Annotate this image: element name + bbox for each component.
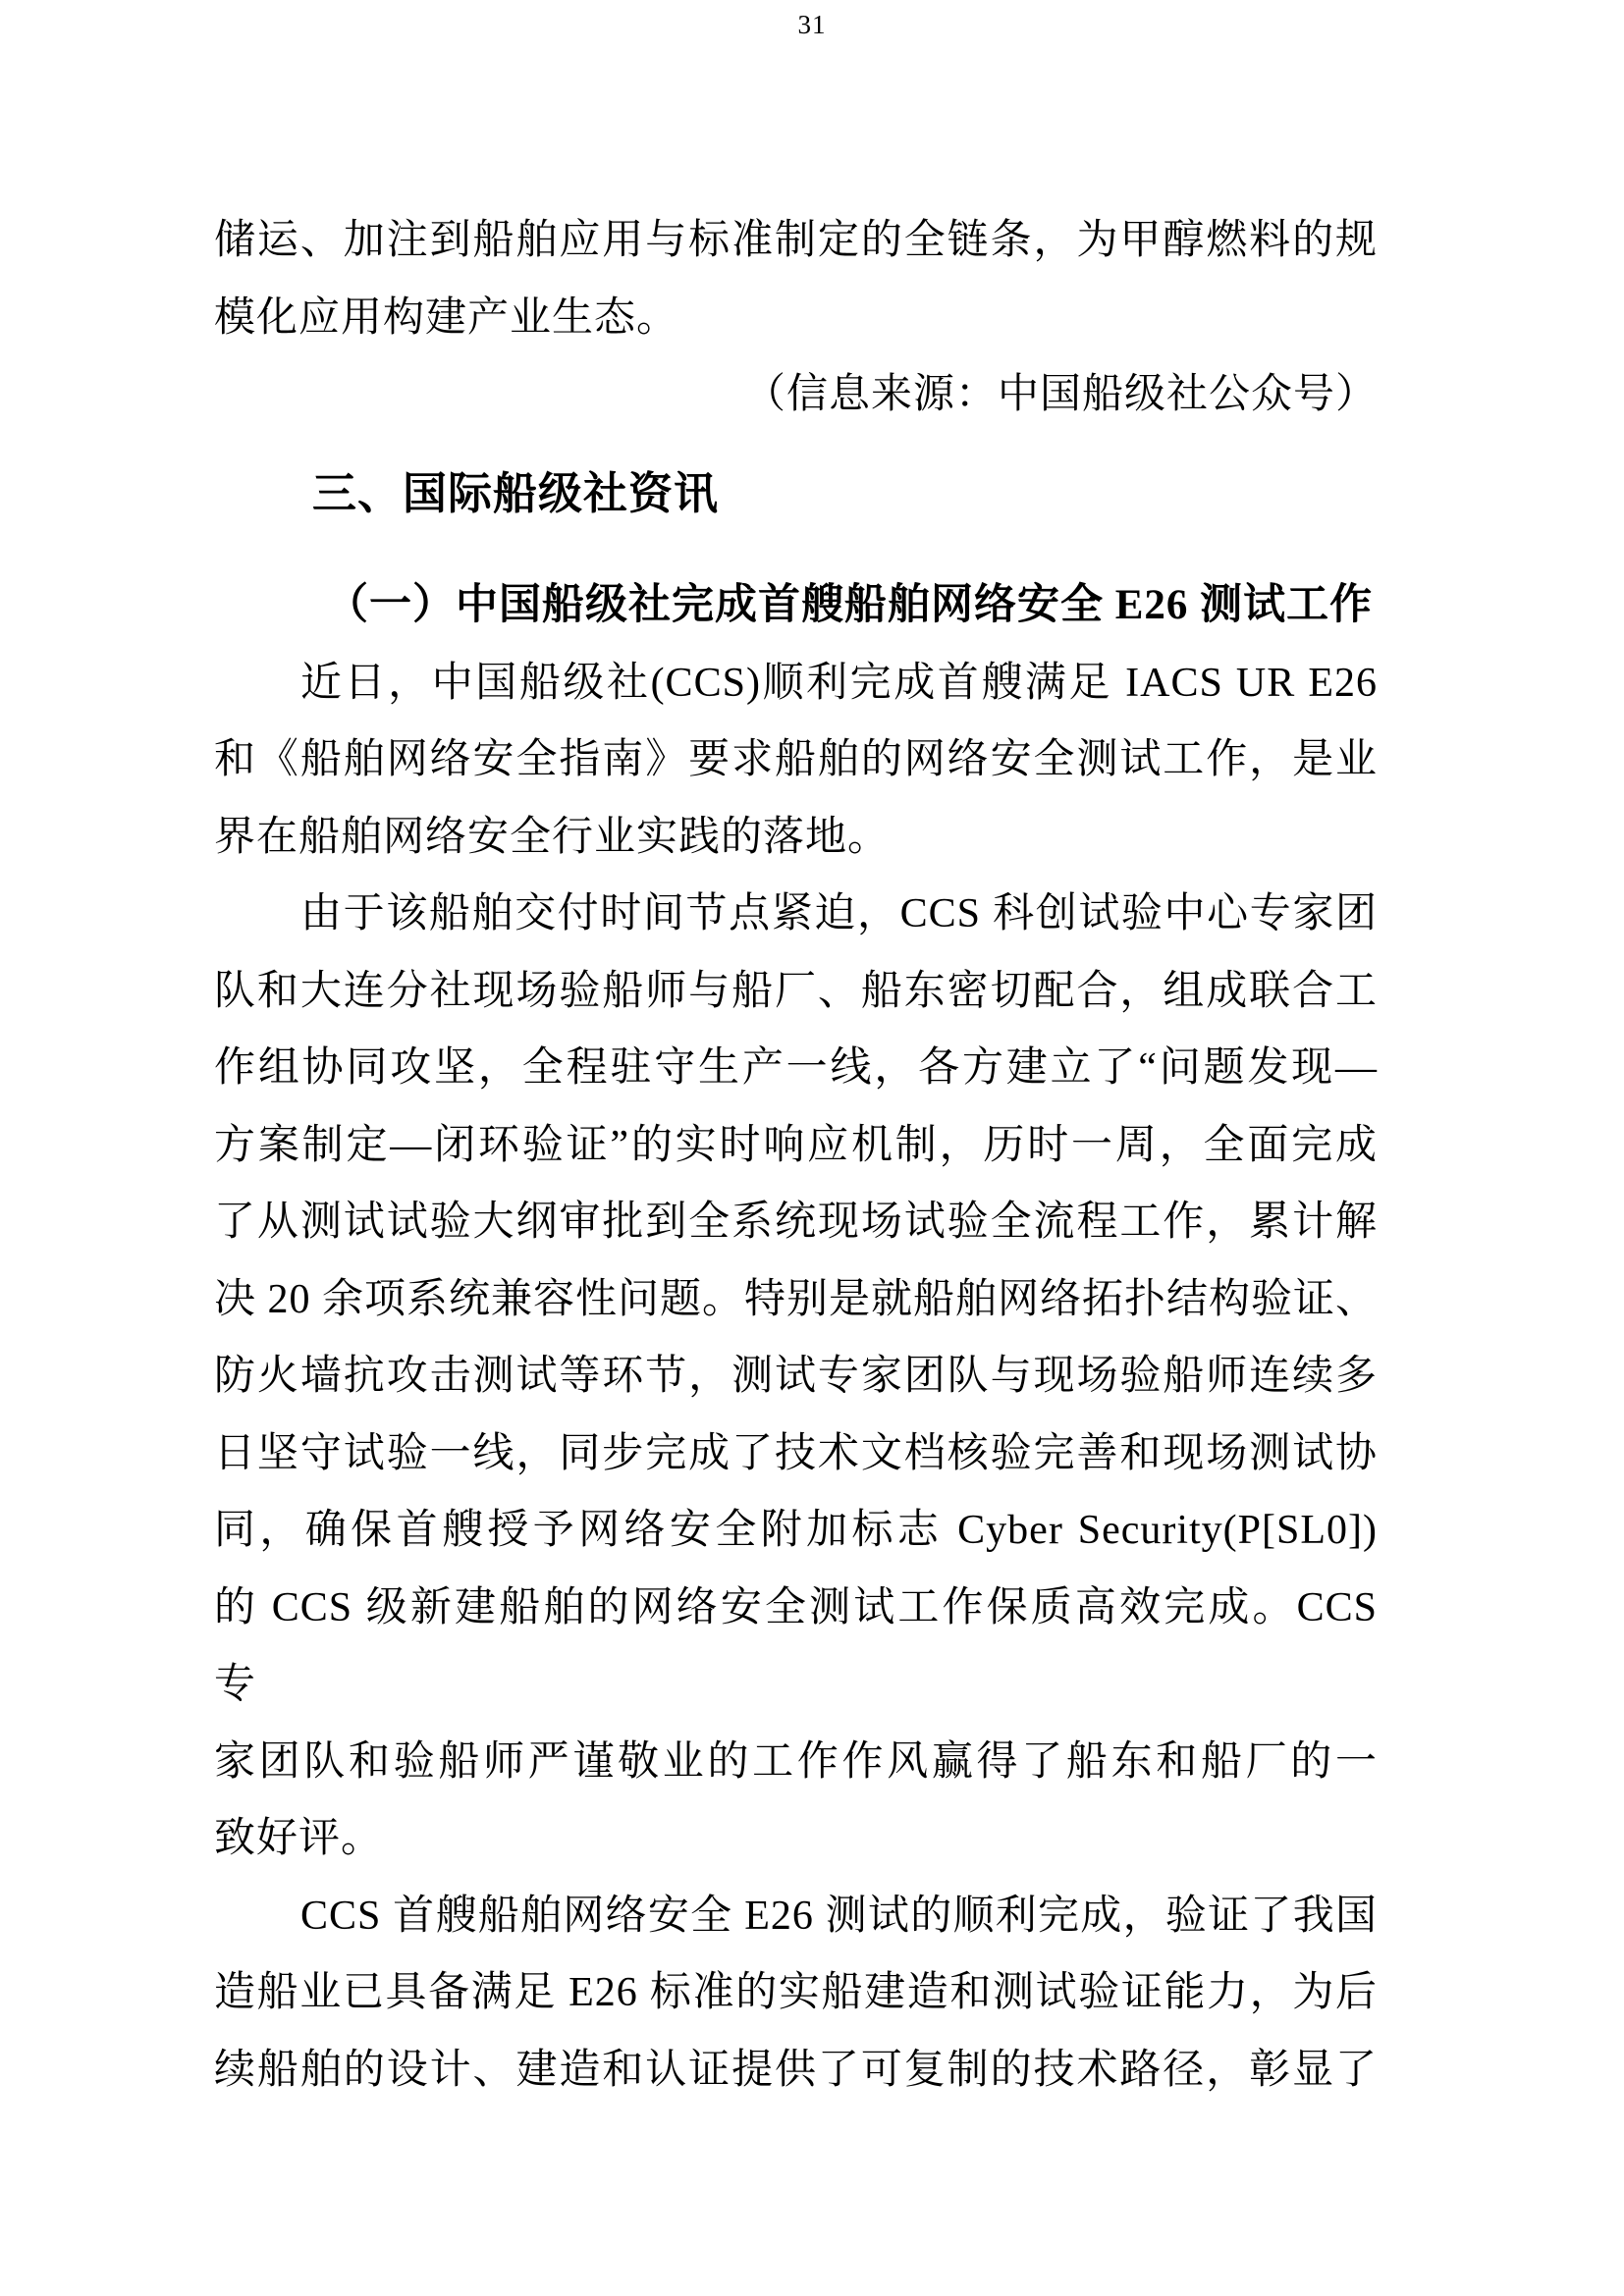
document-page: 31 储运、加注到船舶应用与标准制定的全链条，为甲醇燃料的规模化应用构建产业生态…: [0, 0, 1624, 2296]
document-content: 储运、加注到船舶应用与标准制定的全链条，为甲醇燃料的规模化应用构建产业生态。（信…: [214, 202, 1378, 2109]
body-line: 作组协同攻坚，全程驻守生产一线，各方建立了“问题发现—: [214, 1030, 1378, 1107]
subsection-heading: （一）中国船级社完成首艘船舶网络安全 E26 测试工作: [214, 567, 1378, 645]
body-line: 模化应用构建产业生态。: [214, 280, 1378, 357]
body-line: 方案制定—闭环验证”的实时响应机制，历时一周，全面完成: [214, 1107, 1378, 1185]
body-line: 储运、加注到船舶应用与标准制定的全链条，为甲醇燃料的规: [214, 202, 1378, 280]
body-line: 防火墙抗攻击测试等环节，测试专家团队与现场验船师连续多: [214, 1338, 1378, 1415]
body-line: 的 CCS 级新建船舶的网络安全测试工作保质高效完成。CCS 专: [214, 1570, 1378, 1724]
body-line: 续船舶的设计、建造和认证提供了可复制的技术路径，彰显了: [214, 2032, 1378, 2109]
body-line: 家团队和验船师严谨敬业的工作作风赢得了船东和船厂的一: [214, 1724, 1378, 1801]
body-line: 由于该船舶交付时间节点紧迫，CCS 科创试验中心专家团: [214, 876, 1378, 953]
body-line: CCS 首艘船舶网络安全 E26 测试的顺利完成，验证了我国: [214, 1878, 1378, 1955]
body-line: 造船业已具备满足 E26 标准的实船建造和测试验证能力，为后: [214, 1954, 1378, 2032]
body-line: 致好评。: [214, 1800, 1378, 1878]
body-line: 日坚守试验一线，同步完成了技术文档核验完善和现场测试协: [214, 1415, 1378, 1493]
body-line: 队和大连分社现场验船师与船厂、船东密切配合，组成联合工: [214, 953, 1378, 1031]
body-line: 和《船舶网络安全指南》要求船舶的网络安全测试工作，是业: [214, 721, 1378, 799]
body-line: 决 20 余项系统兼容性问题。特别是就船舶网络拓扑结构验证、: [214, 1261, 1378, 1339]
body-line: 了从测试试验大纲审批到全系统现场试验全流程工作，累计解: [214, 1184, 1378, 1261]
body-line: 同，确保首艘授予网络安全附加标志 Cyber Security(P[SL0]): [214, 1492, 1378, 1570]
body-line: 界在船舶网络安全行业实践的落地。: [214, 799, 1378, 877]
page-number: 31: [0, 10, 1624, 39]
source-attribution: （信息来源：中国船级社公众号）: [214, 356, 1378, 434]
body-line: 近日，中国船级社(CCS)顺利完成首艘满足 IACS UR E26: [214, 645, 1378, 722]
section-heading: 三、国际船级社资讯: [214, 455, 1378, 533]
